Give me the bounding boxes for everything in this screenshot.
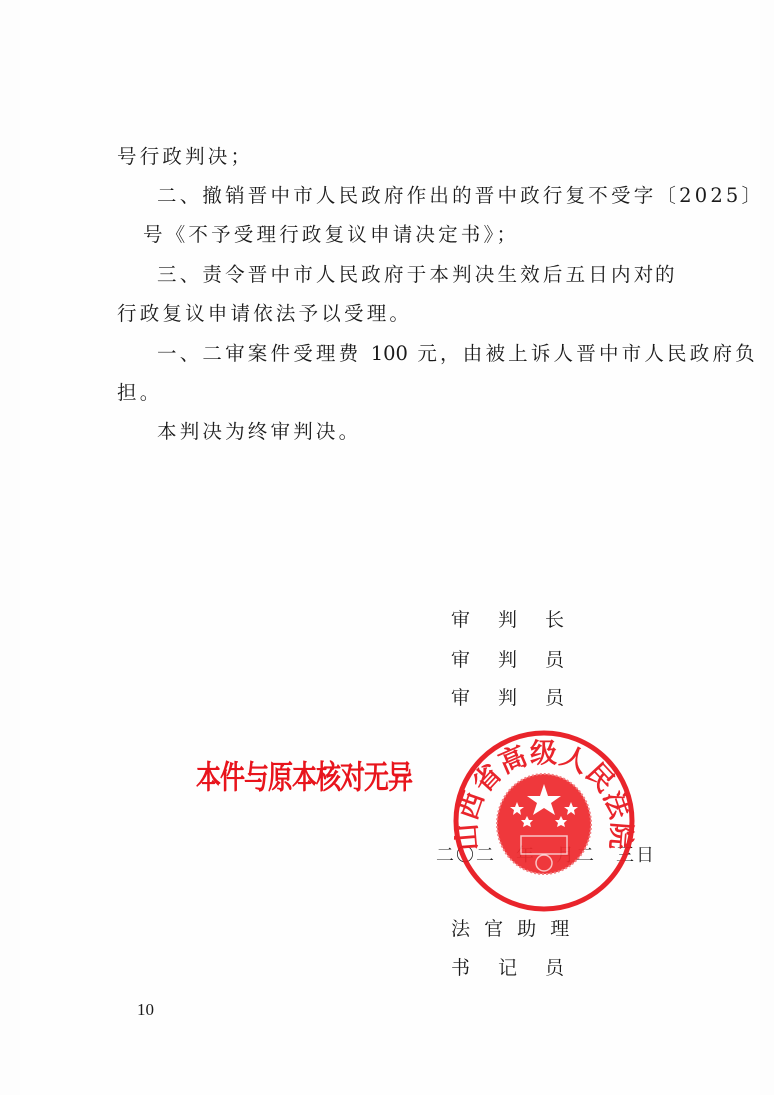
fee-text-suffix: 元，由被上诉人晋中市人民政府负 [417, 342, 758, 365]
body-line-6: 一、二审案件受理费 100 元，由被上诉人晋中市人民政府负 [157, 342, 758, 366]
body-line-3: 号《不予受理行政复议申请决定书》； [143, 223, 519, 247]
body-line-4-end: 的 [655, 263, 678, 287]
fee-text-prefix: 一、二审案件受理费 [157, 342, 361, 365]
clerk-label: 书记员 [451, 956, 592, 980]
certified-copy-stamp: 本件与原本核对无异 [196, 752, 412, 798]
body-line-8: 本判决为终审判决。 [157, 420, 361, 444]
presiding-judge-label: 审判长 [451, 608, 592, 632]
body-line-2: 二、撤销晋中市人民政府作出的晋中政行复不受字〔2025〕 [157, 184, 764, 208]
body-line-7: 担。 [117, 381, 162, 405]
body-line-4: 三、责令晋中市人民政府于本判决生效后五日内对 [157, 263, 656, 287]
body-line-1: 号行政判决； [117, 145, 253, 169]
fee-amount: 100 [371, 342, 408, 365]
page-number: 10 [137, 1000, 154, 1020]
judge-assistant-label: 法 官 助 理 [451, 917, 573, 941]
court-seal-icon: 山西省高级人民法院 [451, 728, 637, 914]
body-line-5: 行政复议申请依法予以受理。 [117, 302, 412, 326]
judge-1-label: 审判员 [451, 648, 592, 672]
judge-2-label: 审判员 [451, 686, 592, 710]
national-emblem-icon [497, 774, 591, 874]
